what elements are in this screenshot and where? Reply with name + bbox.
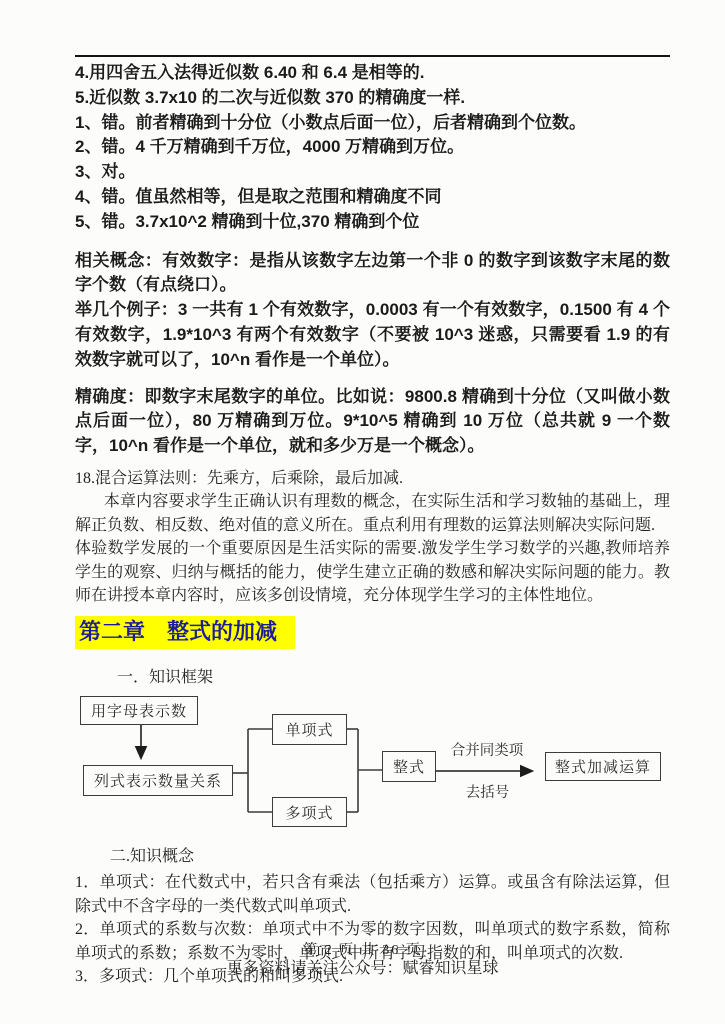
chapter-summary-block: 18.混合运算法则：先乘方，后乘除，最后加减. 本章内容要求学生正确认识有理数的… [75, 467, 670, 607]
knowledge-framework-diagram: 用字母表示数 列式表示数量关系 单项式 多项式 整式 整式加减运算 合并同类项 … [75, 691, 670, 831]
page-number: 第 2 页 共 36 页 [0, 942, 725, 959]
diagram-node-polynomial: 多项式 [272, 797, 347, 827]
diagram-node-use-letters: 用字母表示数 [80, 696, 198, 725]
summary-paragraph-1: 本章内容要求学生正确认识有理数的概念，在实际生活和学习数轴的基础上，理解正负数、… [75, 490, 670, 537]
qa-answer-4: 4、错。值虽然相等，但是取之范围和精确度不同 [75, 185, 670, 210]
qa-answer-5: 5、错。3.7x10^2 精确到十位,370 精确到个位 [75, 210, 670, 235]
diagram-node-integral-expression: 整式 [382, 751, 436, 782]
qa-block: 4.用四舍五入法得近似数 6.40 和 6.4 是相等的. 5.近似数 3.7x… [75, 61, 670, 235]
precision-definition: 精确度：即数字末尾数字的单位。比如说：9800.8 精确到十分位（又叫做小数点后… [75, 385, 670, 459]
section-knowledge-concepts: 二.知识概念 [75, 847, 670, 867]
precision-block: 精确度：即数字末尾数字的单位。比如说：9800.8 精确到十分位（又叫做小数点后… [75, 385, 670, 459]
diagram-label-combine-like-terms: 合并同类项 [437, 739, 537, 760]
chapter2-title-highlight: 第二章 整式的加减 [75, 616, 295, 649]
qa-answer-2: 2、错。4 千万精确到千万位，4000 万精确到万位。 [75, 135, 670, 160]
chapter2-title: 第二章 整式的加减 [75, 616, 670, 649]
concept-item-monomial: 1．单项式：在代数式中，若只含有乘法（包括乘方）运算。或虽含有除法运算，但除式中… [75, 871, 670, 918]
qa-statement-4: 4.用四舍五入法得近似数 6.40 和 6.4 是相等的. [75, 61, 670, 86]
header-rule [75, 55, 670, 57]
significant-figures-block: 相关概念：有效数字：是指从该数字左边第一个非 0 的数字到该数字末尾的数字个数（… [75, 249, 670, 373]
diagram-node-operation: 整式加减运算 [545, 752, 661, 781]
qa-answer-3: 3、对。 [75, 160, 670, 185]
diagram-label-remove-brackets: 去括号 [460, 781, 515, 802]
page-footer: 第 2 页 共 36 页 更多资料请关注公众号：赋睿知识星球 [0, 942, 725, 978]
page-content: 4.用四舍五入法得近似数 6.40 和 6.4 是相等的. 5.近似数 3.7x… [75, 55, 670, 988]
diagram-node-expression: 列式表示数量关系 [83, 765, 233, 796]
footer-promo: 更多资料请关注公众号：赋睿知识星球 [0, 959, 725, 978]
summary-paragraph-2: 体验数学发展的一个重要原因是生活实际的需要.激发学生学习数学的兴趣,教师培养学生… [75, 537, 670, 607]
qa-statement-5: 5.近似数 3.7x10 的二次与近似数 370 的精确度一样. [75, 86, 670, 111]
significant-figures-definition: 相关概念：有效数字：是指从该数字左边第一个非 0 的数字到该数字末尾的数字个数（… [75, 249, 670, 299]
significant-figures-examples: 举几个例子：3 一共有 1 个有效数字，0.0003 有一个有效数字，0.150… [75, 298, 670, 372]
mixed-operation-rule: 18.混合运算法则：先乘方，后乘除，最后加减. [75, 467, 670, 490]
qa-answer-1: 1、错。前者精确到十分位（小数点后面一位），后者精确到个位数。 [75, 111, 670, 136]
diagram-node-monomial: 单项式 [272, 714, 347, 745]
document-page: 4.用四舍五入法得近似数 6.40 和 6.4 是相等的. 5.近似数 3.7x… [0, 0, 725, 1024]
section-knowledge-framework: 一．知识框架 [75, 668, 670, 688]
